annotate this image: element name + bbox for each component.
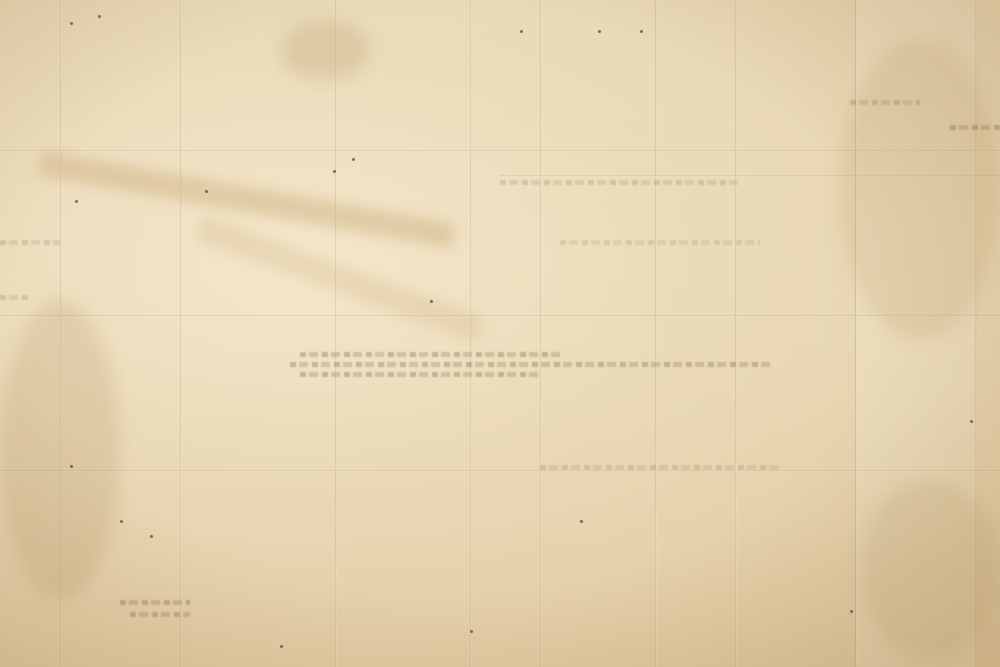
edge-vignette <box>0 0 1000 667</box>
aged-paper-texture <box>0 0 1000 667</box>
